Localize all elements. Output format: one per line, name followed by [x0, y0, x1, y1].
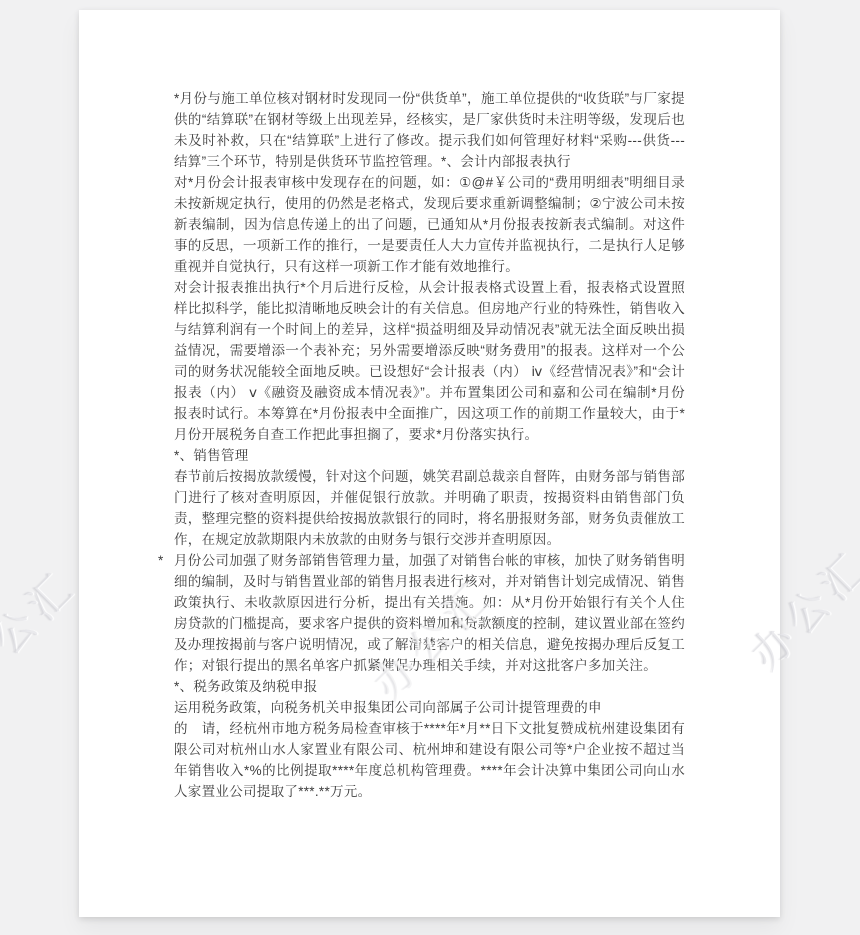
paragraph-tax-policy-line1: 运用税务政策，向税务机关申报集团公司向部属子公司计提管理费的申 [174, 697, 685, 718]
paragraph-tax-policy-line2: 的 请，经杭州市地方税务局检查审核于****年*月**日下文批复赞成杭州建设集团… [174, 718, 685, 802]
paragraph-report-review: 对*月份会计报表审核中发现存在的问题，如：①@#￥公司的“费用明细表”明细目录未… [174, 172, 685, 277]
bullet-marker: * [158, 550, 164, 571]
document-viewer-canvas: { "page": { "background_color": "#f1f1f2… [0, 0, 860, 935]
bullet-paragraph-sales-management: * 月份公司加强了财务部销售管理力量，加强了对销售台帐的审核，加快了财务销售明细… [174, 550, 685, 676]
section-heading-tax: *、税务政策及纳税申报 [174, 676, 685, 697]
paragraph-report-format: 对会计报表推出执行*个月后进行反检，从会计报表格式设置上看，报表格式设置照样比拟… [174, 277, 685, 445]
paragraph-mortgage: 春节前后按揭放款缓慢，针对这个问题，姚笑君副总裁亲自督阵，由财务部与销售部门进行… [174, 466, 685, 550]
document-page: *月份与施工单位核对钢材时发现同一份“供货单”，施工单位提供的“收货联”与厂家提… [79, 10, 780, 917]
document-body: *月份与施工单位核对钢材时发现同一份“供货单”，施工单位提供的“收货联”与厂家提… [174, 88, 685, 802]
bullet-paragraph-text: 月份公司加强了财务部销售管理力量，加强了对销售台帐的审核，加快了财务销售明细的编… [174, 553, 685, 673]
paragraph-supply-note: *月份与施工单位核对钢材时发现同一份“供货单”，施工单位提供的“收货联”与厂家提… [174, 88, 685, 172]
section-heading-sales: *、销售管理 [174, 445, 685, 466]
watermark-text-left: 办公汇 [0, 555, 89, 701]
